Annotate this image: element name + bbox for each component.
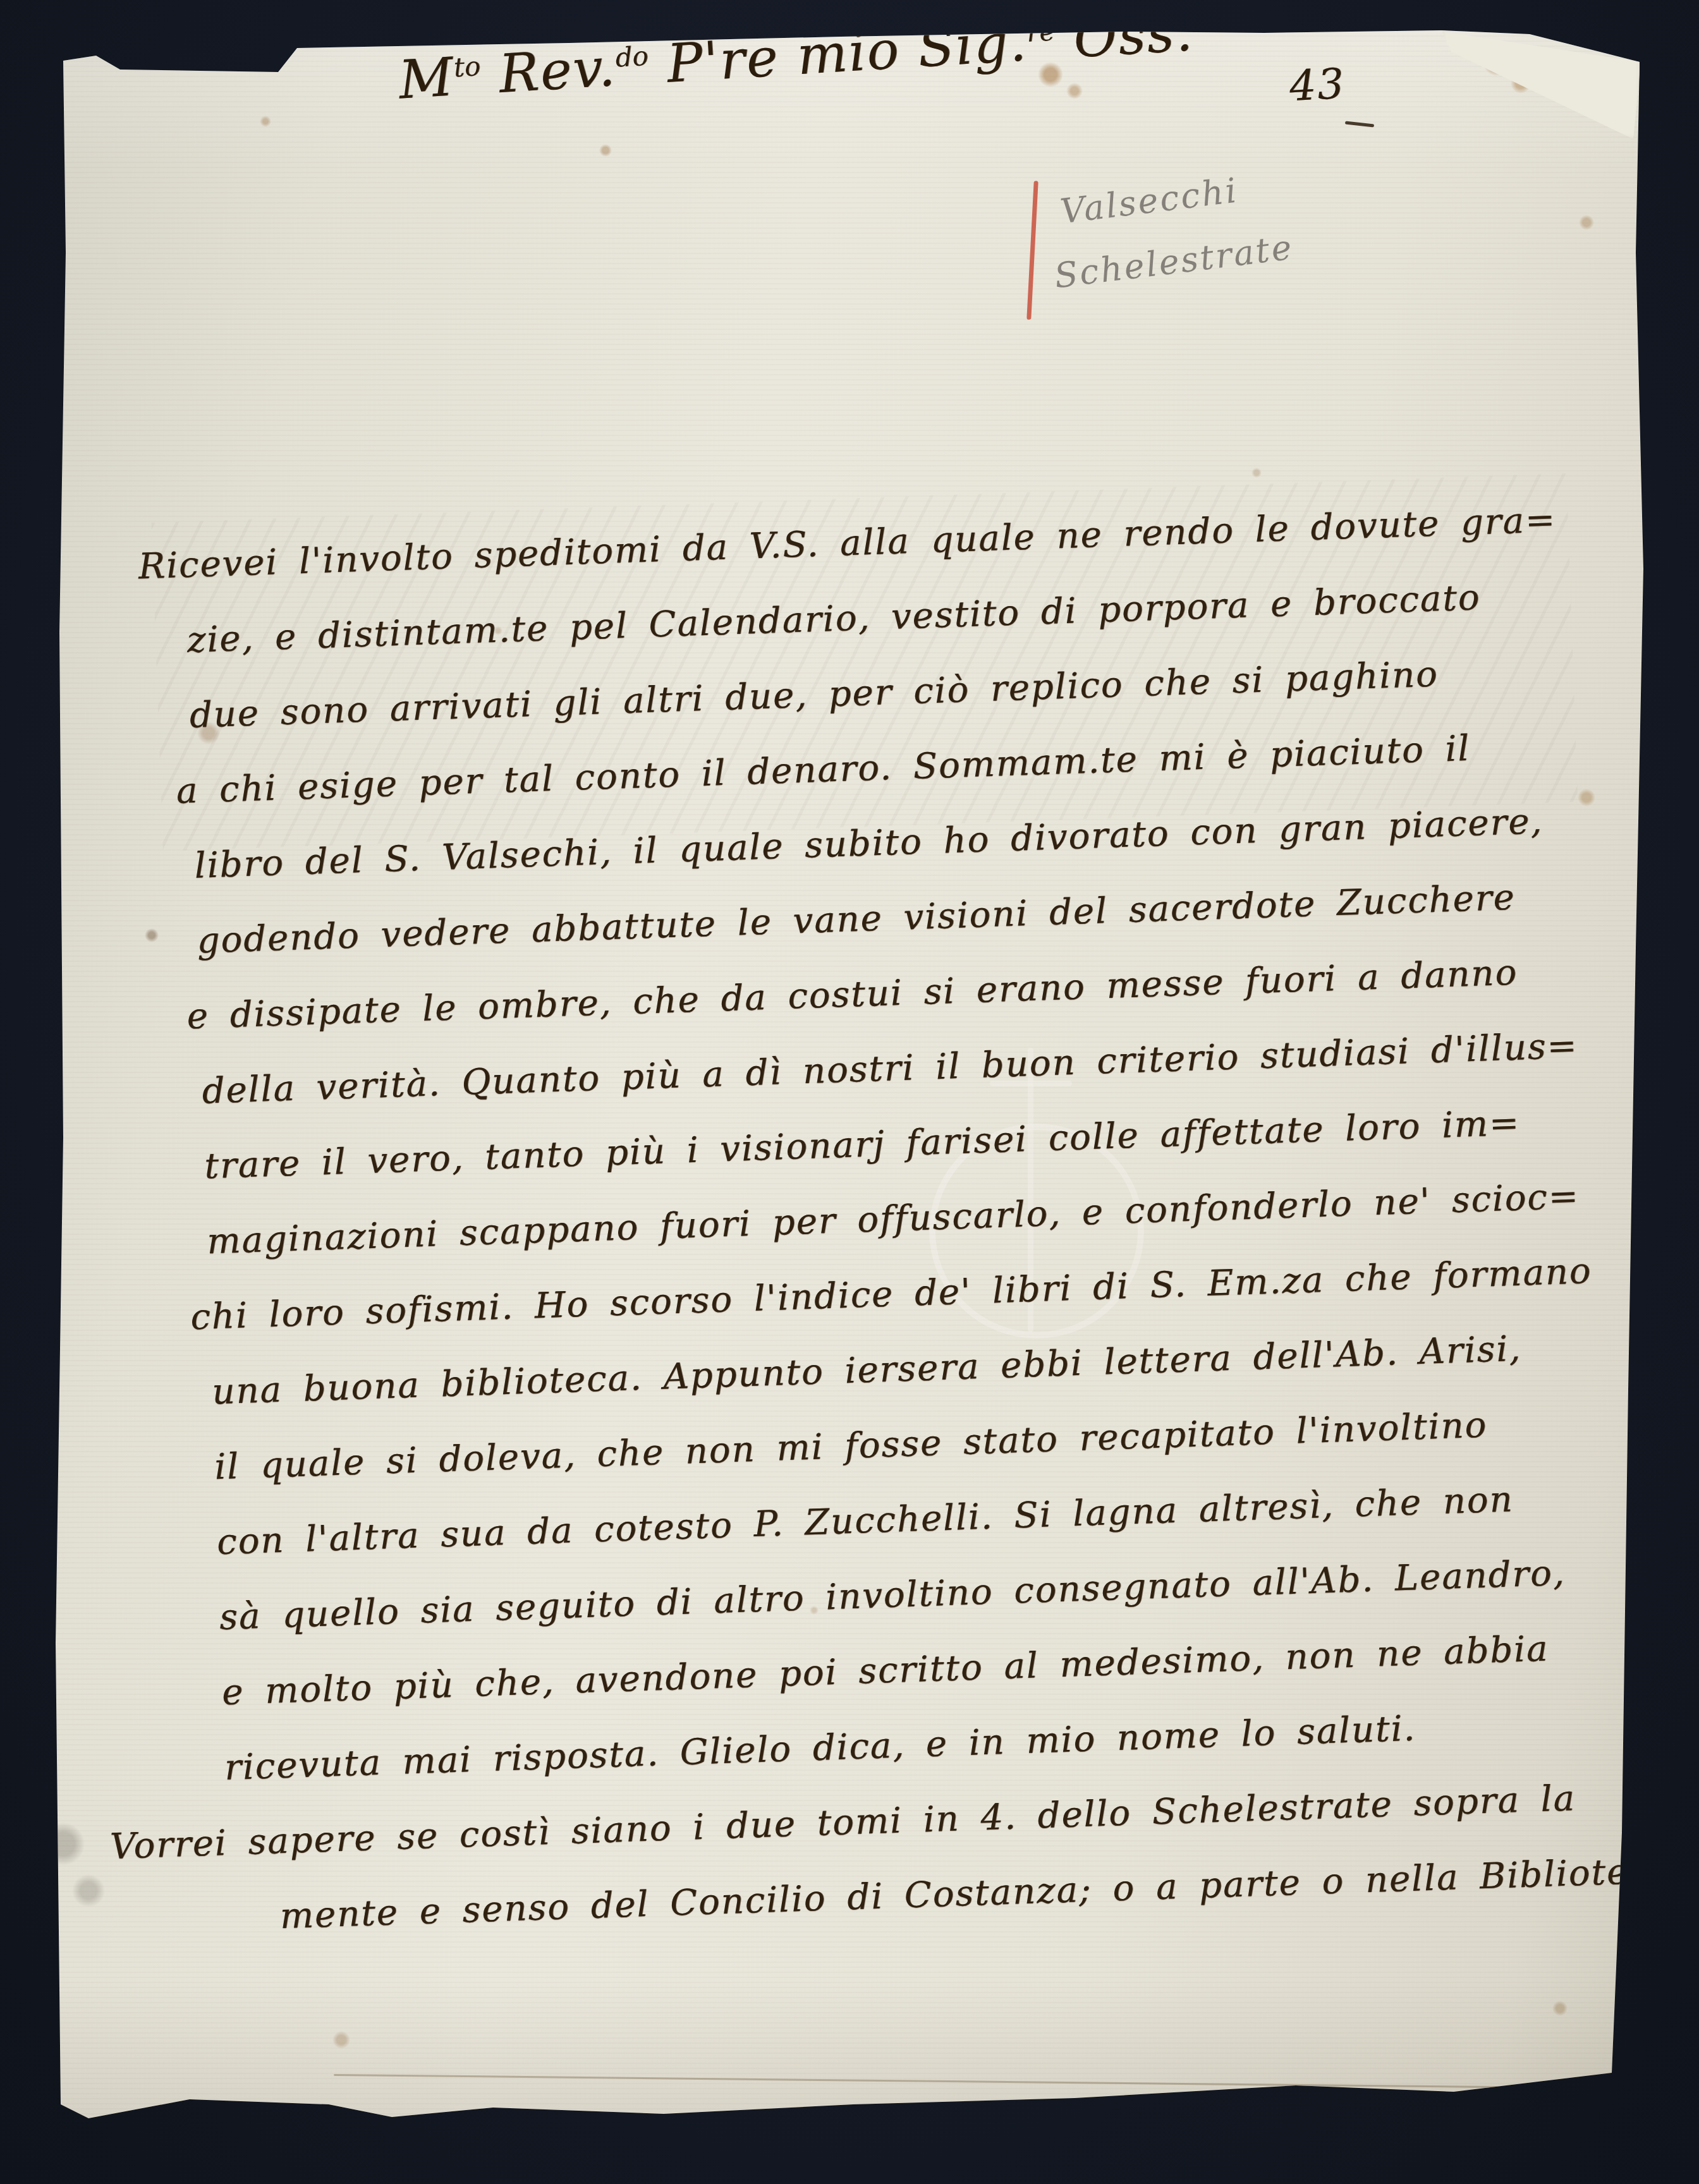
salutation-superscript: mo (1191, 4, 1234, 38)
manuscript-letter-photo: { "document_type": "handwritten manuscri… (0, 0, 1699, 2184)
salutation-superscript: to (453, 51, 481, 83)
salutation-text: M (397, 46, 456, 111)
paper-sheet: Mto Rev.do P're mio Sig.re Oss.mo 43 Val… (56, 30, 1643, 2135)
folded-corner-flap (1440, 30, 1642, 144)
salutation-text: P're mio Sig. (647, 11, 1028, 95)
folio-number-dash (1345, 121, 1374, 128)
salutation-superscript: do (614, 40, 649, 73)
annotation-red-mark (1026, 181, 1038, 320)
salutation-superscript: re (1026, 15, 1056, 48)
folio-number: 43 (1288, 59, 1346, 111)
salutation-text: Rev. (479, 36, 618, 106)
header-salutation: Mto Rev.do P're mio Sig.re Oss.mo (397, 0, 1284, 111)
body-text: Ricevei l'involto speditomi da V.S. alla… (130, 480, 1681, 1958)
bottom-tear-crease (334, 2074, 1554, 2089)
archivist-annotation-text: ValsecchiSchelestrate (1057, 153, 1297, 306)
salutation-text: Oss. (1054, 1, 1195, 71)
